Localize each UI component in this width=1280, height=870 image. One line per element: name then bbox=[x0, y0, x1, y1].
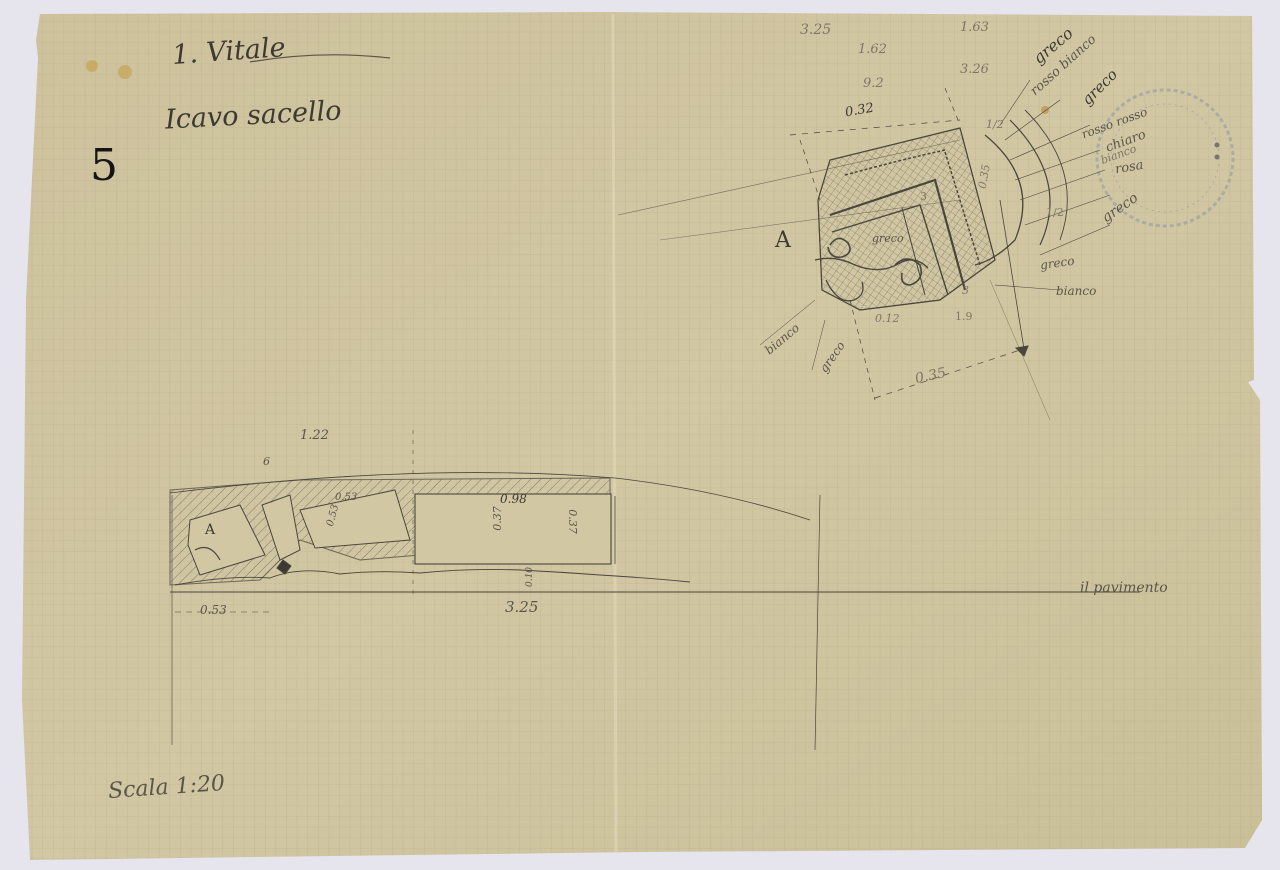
section-label-a: A bbox=[205, 522, 215, 538]
mark-19: 3 bbox=[962, 284, 969, 297]
dim-top-5: 3.26 bbox=[960, 62, 989, 77]
section-dim-top: 1.22 bbox=[300, 428, 329, 443]
mark-3: 3 bbox=[920, 190, 927, 203]
sheet-number: 5 bbox=[90, 140, 118, 191]
section-mark-037a: 0.37 bbox=[491, 506, 504, 531]
section-mark-053a: 0.53 bbox=[335, 492, 357, 503]
mark-8: 1.9 bbox=[955, 310, 973, 323]
dim-top-2: 1.62 bbox=[858, 42, 887, 57]
section-dim-left: 0.53 bbox=[200, 603, 227, 617]
dim-top-3: 9.2 bbox=[863, 76, 884, 91]
section-dim-base: 3.25 bbox=[505, 598, 538, 616]
note-right-bianco: bianco bbox=[1056, 284, 1096, 298]
section-mark-037b: 0.37 bbox=[566, 509, 579, 534]
dim-top-1: 3.25 bbox=[800, 22, 831, 38]
section-mark-6: 6 bbox=[263, 455, 270, 468]
plan-label-a: A bbox=[775, 228, 791, 253]
section-mark-098: 0.98 bbox=[500, 492, 527, 506]
dim-top-4: 1.63 bbox=[960, 20, 989, 35]
section-mark-010: 0.10 bbox=[525, 567, 535, 587]
mark-half: 1/2 bbox=[986, 118, 1004, 131]
note-center-greco: greco bbox=[872, 232, 904, 245]
mark-3b: 1/2 bbox=[1046, 206, 1064, 219]
floor-label: il pavimento bbox=[1080, 580, 1168, 596]
dim-small: 0.12 bbox=[875, 312, 900, 325]
